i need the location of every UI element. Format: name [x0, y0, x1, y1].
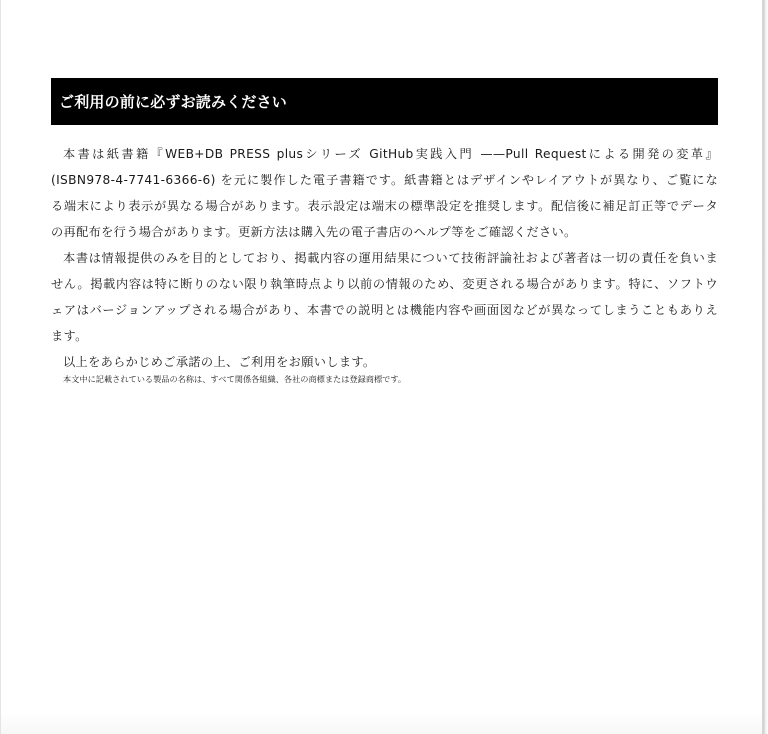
paragraph-line: せん。掲載内容は特に断りのない限り執筆時点より以前の情報のため、変更される場合が… — [51, 271, 718, 297]
page-bottom-shade — [1, 712, 763, 734]
paragraph-line: 本書は情報提供のみを目的としており、掲載内容の運用結果について技術評論社および著… — [51, 245, 718, 271]
paragraph-line: る端末により表示が異なる場合があります。表示設定は端末の標準設定を推奨します。配… — [51, 193, 718, 219]
paragraph-line: の再配布を行う場合があります。更新方法は購入先の電子書店のヘルプ等をご確認くださ… — [51, 219, 718, 245]
notice-title: ご利用の前に必ずお読みください — [59, 91, 287, 112]
page-edge-scrollbar[interactable] — [762, 0, 768, 734]
paragraph-line: ます。 — [51, 323, 718, 349]
trademark-note: 本文中に記載されている製品の名称は、すべて関係各組織、各社の商標または登録商標で… — [51, 370, 718, 388]
document-page: ご利用の前に必ずお読みください 本書は紙書籍『WEB+DB PRESS plus… — [0, 0, 762, 734]
paragraph-line: 本書は紙書籍『WEB+DB PRESS plusシリーズ GitHub実践入門 … — [51, 141, 718, 167]
notice-header-bar: ご利用の前に必ずお読みください — [51, 78, 718, 125]
paragraph-line: ェアはバージョンアップされる場合があり、本書での説明とは機能内容や画面図などが異… — [51, 297, 718, 323]
paragraph-line: (ISBN978-4-7741-6366-6) を元に製作した電子書籍です。紙書… — [51, 167, 718, 193]
notice-body: 本書は紙書籍『WEB+DB PRESS plusシリーズ GitHub実践入門 … — [51, 141, 718, 388]
